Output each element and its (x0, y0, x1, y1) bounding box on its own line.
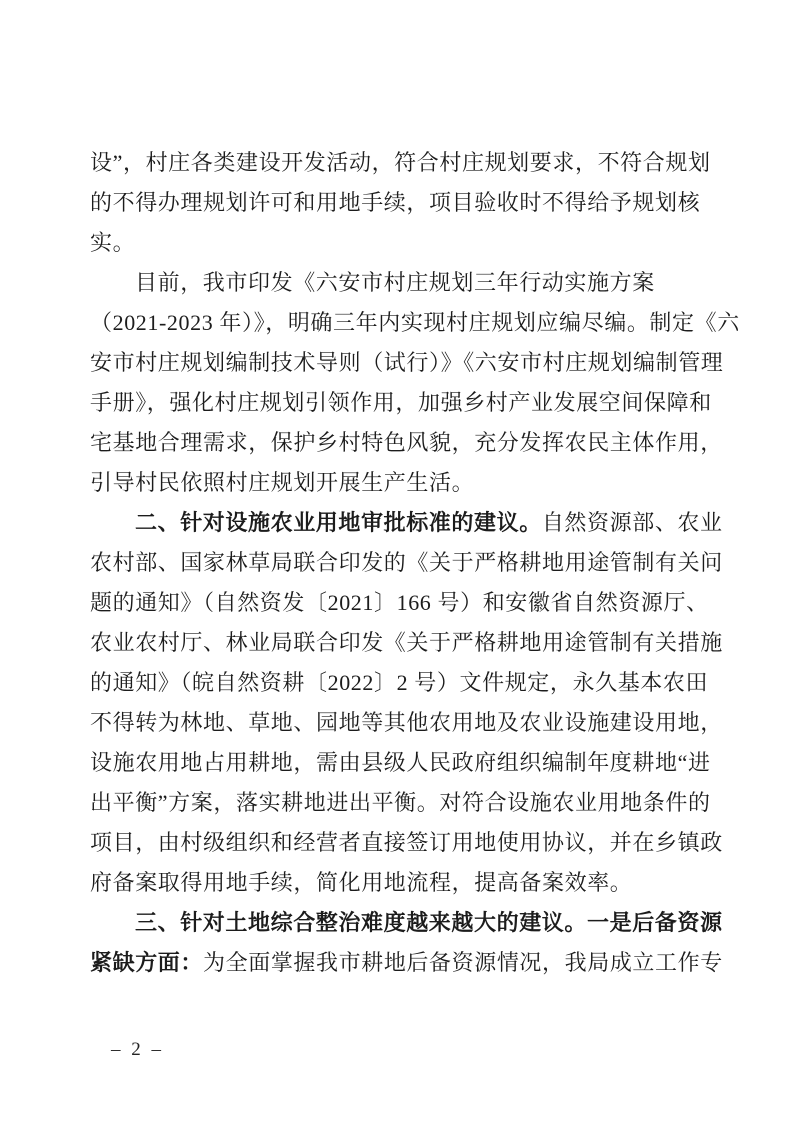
text-run: 设”，村庄各类建设开发活动，符合村庄规划要求，不符合规划 (90, 150, 711, 175)
document-line: 项目，由村级组织和经营者直接签订用地使用协议，并在乡镇政 (90, 823, 712, 863)
text-run: （2021-2023 年）》，明确三年内实现村庄规划应编尽编。制定《六 (90, 310, 740, 335)
document-line: 题的通知》（自然资发〔2021〕166 号）和安徽省自然资源厅、 (90, 583, 712, 623)
document-line: 安市村庄规划编制技术导则（试行）》《六安市村庄规划编制管理 (90, 343, 712, 383)
text-run: 出平衡”方案，落实耕地进出平衡。对符合设施农业用地条件的 (90, 790, 711, 815)
text-run-bold: 三、针对土地综合整治难度越来越大的建议。一是后备资源 (135, 910, 723, 935)
document-page: 设”，村庄各类建设开发活动，符合村庄规划要求，不符合规划的不得办理规划许可和用地… (0, 0, 793, 1122)
text-run: 的通知》（皖自然资耕〔2022〕2 号）文件规定，永久基本农田 (90, 670, 708, 695)
text-run: 安市村庄规划编制技术导则（试行）》《六安市村庄规划编制管理 (90, 350, 723, 375)
text-run: 实。 (90, 230, 135, 255)
document-line: 实。 (90, 223, 712, 263)
text-run: 府备案取得用地手续，简化用地流程，提高备案效率。 (90, 870, 632, 895)
text-run: 引导村民依照村庄规划开展生产生活。 (90, 470, 474, 495)
document-line: 设”，村庄各类建设开发活动，符合村庄规划要求，不符合规划 (90, 143, 712, 183)
document-line: 农村部、国家林草局联合印发的《关于严格耕地用途管制有关问 (90, 543, 712, 583)
text-run: 项目，由村级组织和经营者直接签订用地使用协议，并在乡镇政 (90, 830, 723, 855)
text-run: 为全面掌握我市耕地后备资源情况，我局成立工作专 (203, 950, 723, 975)
text-run: 自然资源部、农业 (542, 510, 723, 535)
document-line: 宅基地合理需求，保护乡村特色风貌，充分发挥农民主体作用， (90, 423, 712, 463)
text-run: 农村部、国家林草局联合印发的《关于严格耕地用途管制有关问 (90, 550, 723, 575)
text-run: 目前，我市印发《六安市村庄规划三年行动实施方案 (135, 270, 655, 295)
text-run: 题的通知》（自然资发〔2021〕166 号）和安徽省自然资源厅、 (90, 590, 709, 615)
page-number: – 2 – (111, 1038, 164, 1062)
text-run: 宅基地合理需求，保护乡村特色风貌，充分发挥农民主体作用， (90, 430, 723, 455)
document-line: 三、针对土地综合整治难度越来越大的建议。一是后备资源 (90, 903, 712, 943)
document-line: 目前，我市印发《六安市村庄规划三年行动实施方案 (90, 263, 712, 303)
document-line: 农业农村厅、林业局联合印发《关于严格耕地用途管制有关措施 (90, 623, 712, 663)
document-line: 手册》，强化村庄规划引领作用，加强乡村产业发展空间保障和 (90, 383, 712, 423)
document-line: （2021-2023 年）》，明确三年内实现村庄规划应编尽编。制定《六 (90, 303, 712, 343)
document-line: 设施农用地占用耕地，需由县级人民政府组织编制年度耕地“进 (90, 743, 712, 783)
text-run: 农业农村厅、林业局联合印发《关于严格耕地用途管制有关措施 (90, 630, 723, 655)
document-line: 紧缺方面：为全面掌握我市耕地后备资源情况，我局成立工作专 (90, 943, 712, 983)
document-line: 不得转为林地、草地、园地等其他农用地及农业设施建设用地， (90, 703, 712, 743)
text-run-bold: 二、针对设施农业用地审批标准的建议。 (135, 510, 542, 535)
text-run: 手册》，强化村庄规划引领作用，加强乡村产业发展空间保障和 (90, 390, 712, 415)
document-line: 的通知》（皖自然资耕〔2022〕2 号）文件规定，永久基本农田 (90, 663, 712, 703)
text-run: 设施农用地占用耕地，需由县级人民政府组织编制年度耕地“进 (90, 750, 711, 775)
document-line: 二、针对设施农业用地审批标准的建议。自然资源部、农业 (90, 503, 712, 543)
text-run: 不得转为林地、草地、园地等其他农用地及农业设施建设用地， (90, 710, 723, 735)
document-line: 的不得办理规划许可和用地手续，项目验收时不得给予规划核 (90, 183, 712, 223)
text-run: 的不得办理规划许可和用地手续，项目验收时不得给予规划核 (90, 190, 700, 215)
text-run-bold: 紧缺方面： (90, 950, 203, 975)
document-line: 出平衡”方案，落实耕地进出平衡。对符合设施农业用地条件的 (90, 783, 712, 823)
document-lines: 设”，村庄各类建设开发活动，符合村庄规划要求，不符合规划的不得办理规划许可和用地… (90, 143, 712, 983)
document-line: 府备案取得用地手续，简化用地流程，提高备案效率。 (90, 863, 712, 903)
document-line: 引导村民依照村庄规划开展生产生活。 (90, 463, 712, 503)
